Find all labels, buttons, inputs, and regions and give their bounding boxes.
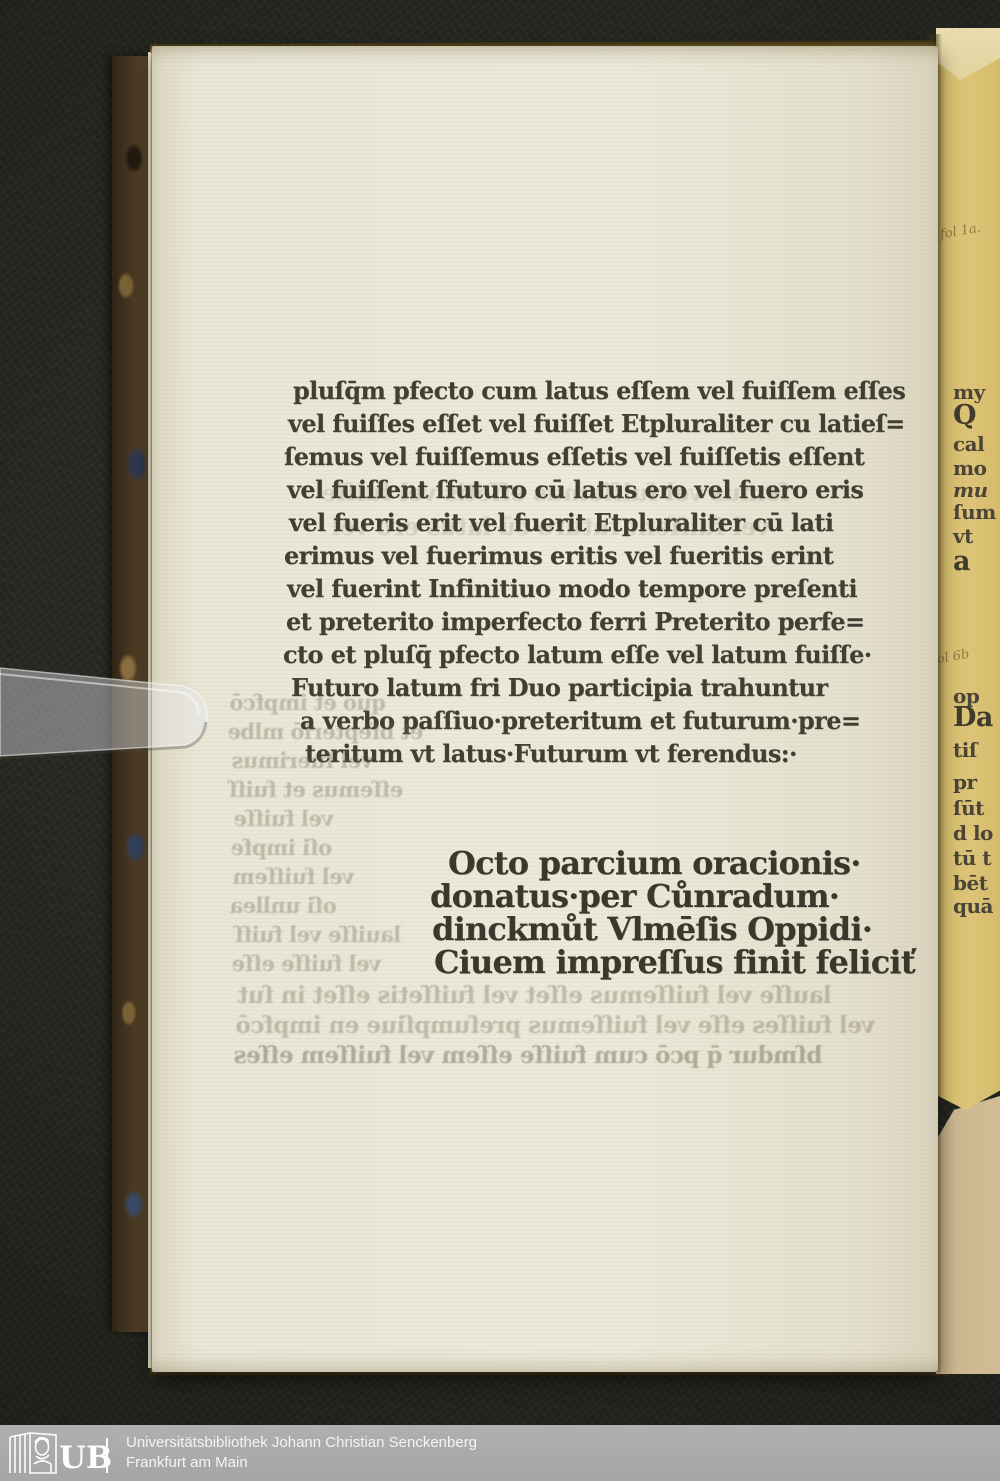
edge-fragment: ſūt	[953, 796, 984, 820]
text-line: vel fuerint Infinitiuo modo tempore preſ…	[287, 574, 857, 603]
colophon-line: Ciuem impreſſus finit feliciť	[434, 943, 915, 981]
ub-logo: UB	[8, 1430, 112, 1476]
edge-fragment: Q	[953, 400, 976, 431]
next-leaf-edge: fol 1a. fol 6b my Q cal mo mu ſum vt a o…	[936, 28, 1000, 1110]
text-line: et preterito imperfecto ferri Preterito …	[286, 607, 865, 636]
edge-fragment: Da	[953, 702, 993, 733]
edge-fragment: ſum	[953, 500, 996, 524]
bleedthrough-line: vel fuiſſem	[233, 864, 354, 889]
bleedthrough-line: lauſſe vel fuiſſemus eſſet vel fuiſſetis…	[238, 982, 832, 1009]
edge-fragment: tū t	[953, 846, 991, 870]
bleedthrough-line: vel fuiſſe	[234, 806, 334, 831]
handwritten-folio-mark-top: fol 1a.	[939, 221, 982, 243]
edge-fragment: mu	[953, 478, 988, 502]
text-line: cto et pluſq̄ pfecto latum eſſe vel latu…	[283, 640, 872, 669]
edge-fragment: mo	[953, 456, 987, 480]
bleedthrough-line: oſi unllea	[230, 893, 337, 918]
bleedthrough-line: vel fuiſſe eſſe	[232, 951, 381, 976]
bleedthrough-line: lauiſſe vel fuiſſ	[235, 922, 401, 947]
svg-text:UB: UB	[59, 1440, 112, 1476]
edge-fragment: cal	[953, 432, 984, 456]
edge-fragment: vt	[953, 524, 973, 548]
edge-fragment: d lo	[953, 821, 993, 845]
edge-fragment: pr	[953, 770, 977, 794]
footer-bar: UB Universitätsbibliothek Johann Christi…	[0, 1425, 1000, 1481]
library-name: Universitätsbibliothek Johann Christian …	[126, 1433, 477, 1453]
library-city: Frankfurt am Main	[126, 1453, 477, 1473]
text-line: pluſq̄m pfecto cum latus eſſem vel fuiſſ…	[293, 376, 905, 405]
scan-stage: fol 1a. fol 6b my Q cal mo mu ſum vt a o…	[0, 0, 1000, 1481]
text-line: erimus vel fuerimus eritis vel fueritis …	[284, 541, 833, 570]
next-leaf-corner-flap	[936, 28, 1000, 80]
bleedthrough-line: eſſemus et fuiſſ	[229, 777, 403, 802]
edge-fragment: quā	[953, 894, 993, 918]
bleedthrough-line: vel fuiſſes eſſe vel fuiſſemus preſumpſi…	[236, 1012, 875, 1039]
bleedthrough-line: bſmdur q̄ pcō cum fuiſſe eſſem vel fuiſſ…	[234, 1042, 822, 1069]
text-line: vel fueris erit vel fuerit Etpluraliter …	[289, 508, 833, 537]
text-line: ſemus vel fuiſſemus eſſetis vel fuiſſeti…	[284, 442, 864, 471]
edge-fragment: bēt	[953, 871, 987, 895]
page-holder-strip	[0, 640, 300, 780]
bleedthrough-line: oſi impfe	[231, 835, 332, 860]
edge-fragment: tiſ	[953, 738, 977, 762]
under-leaf-edge	[936, 1096, 1000, 1374]
text-line: vel fuiſſes eſſet vel fuiſſet Etpluralit…	[288, 409, 905, 438]
text-line: vel fuiſſent ſfuturo cū latus ero vel fu…	[287, 475, 863, 504]
edge-fragment: a	[953, 546, 970, 577]
